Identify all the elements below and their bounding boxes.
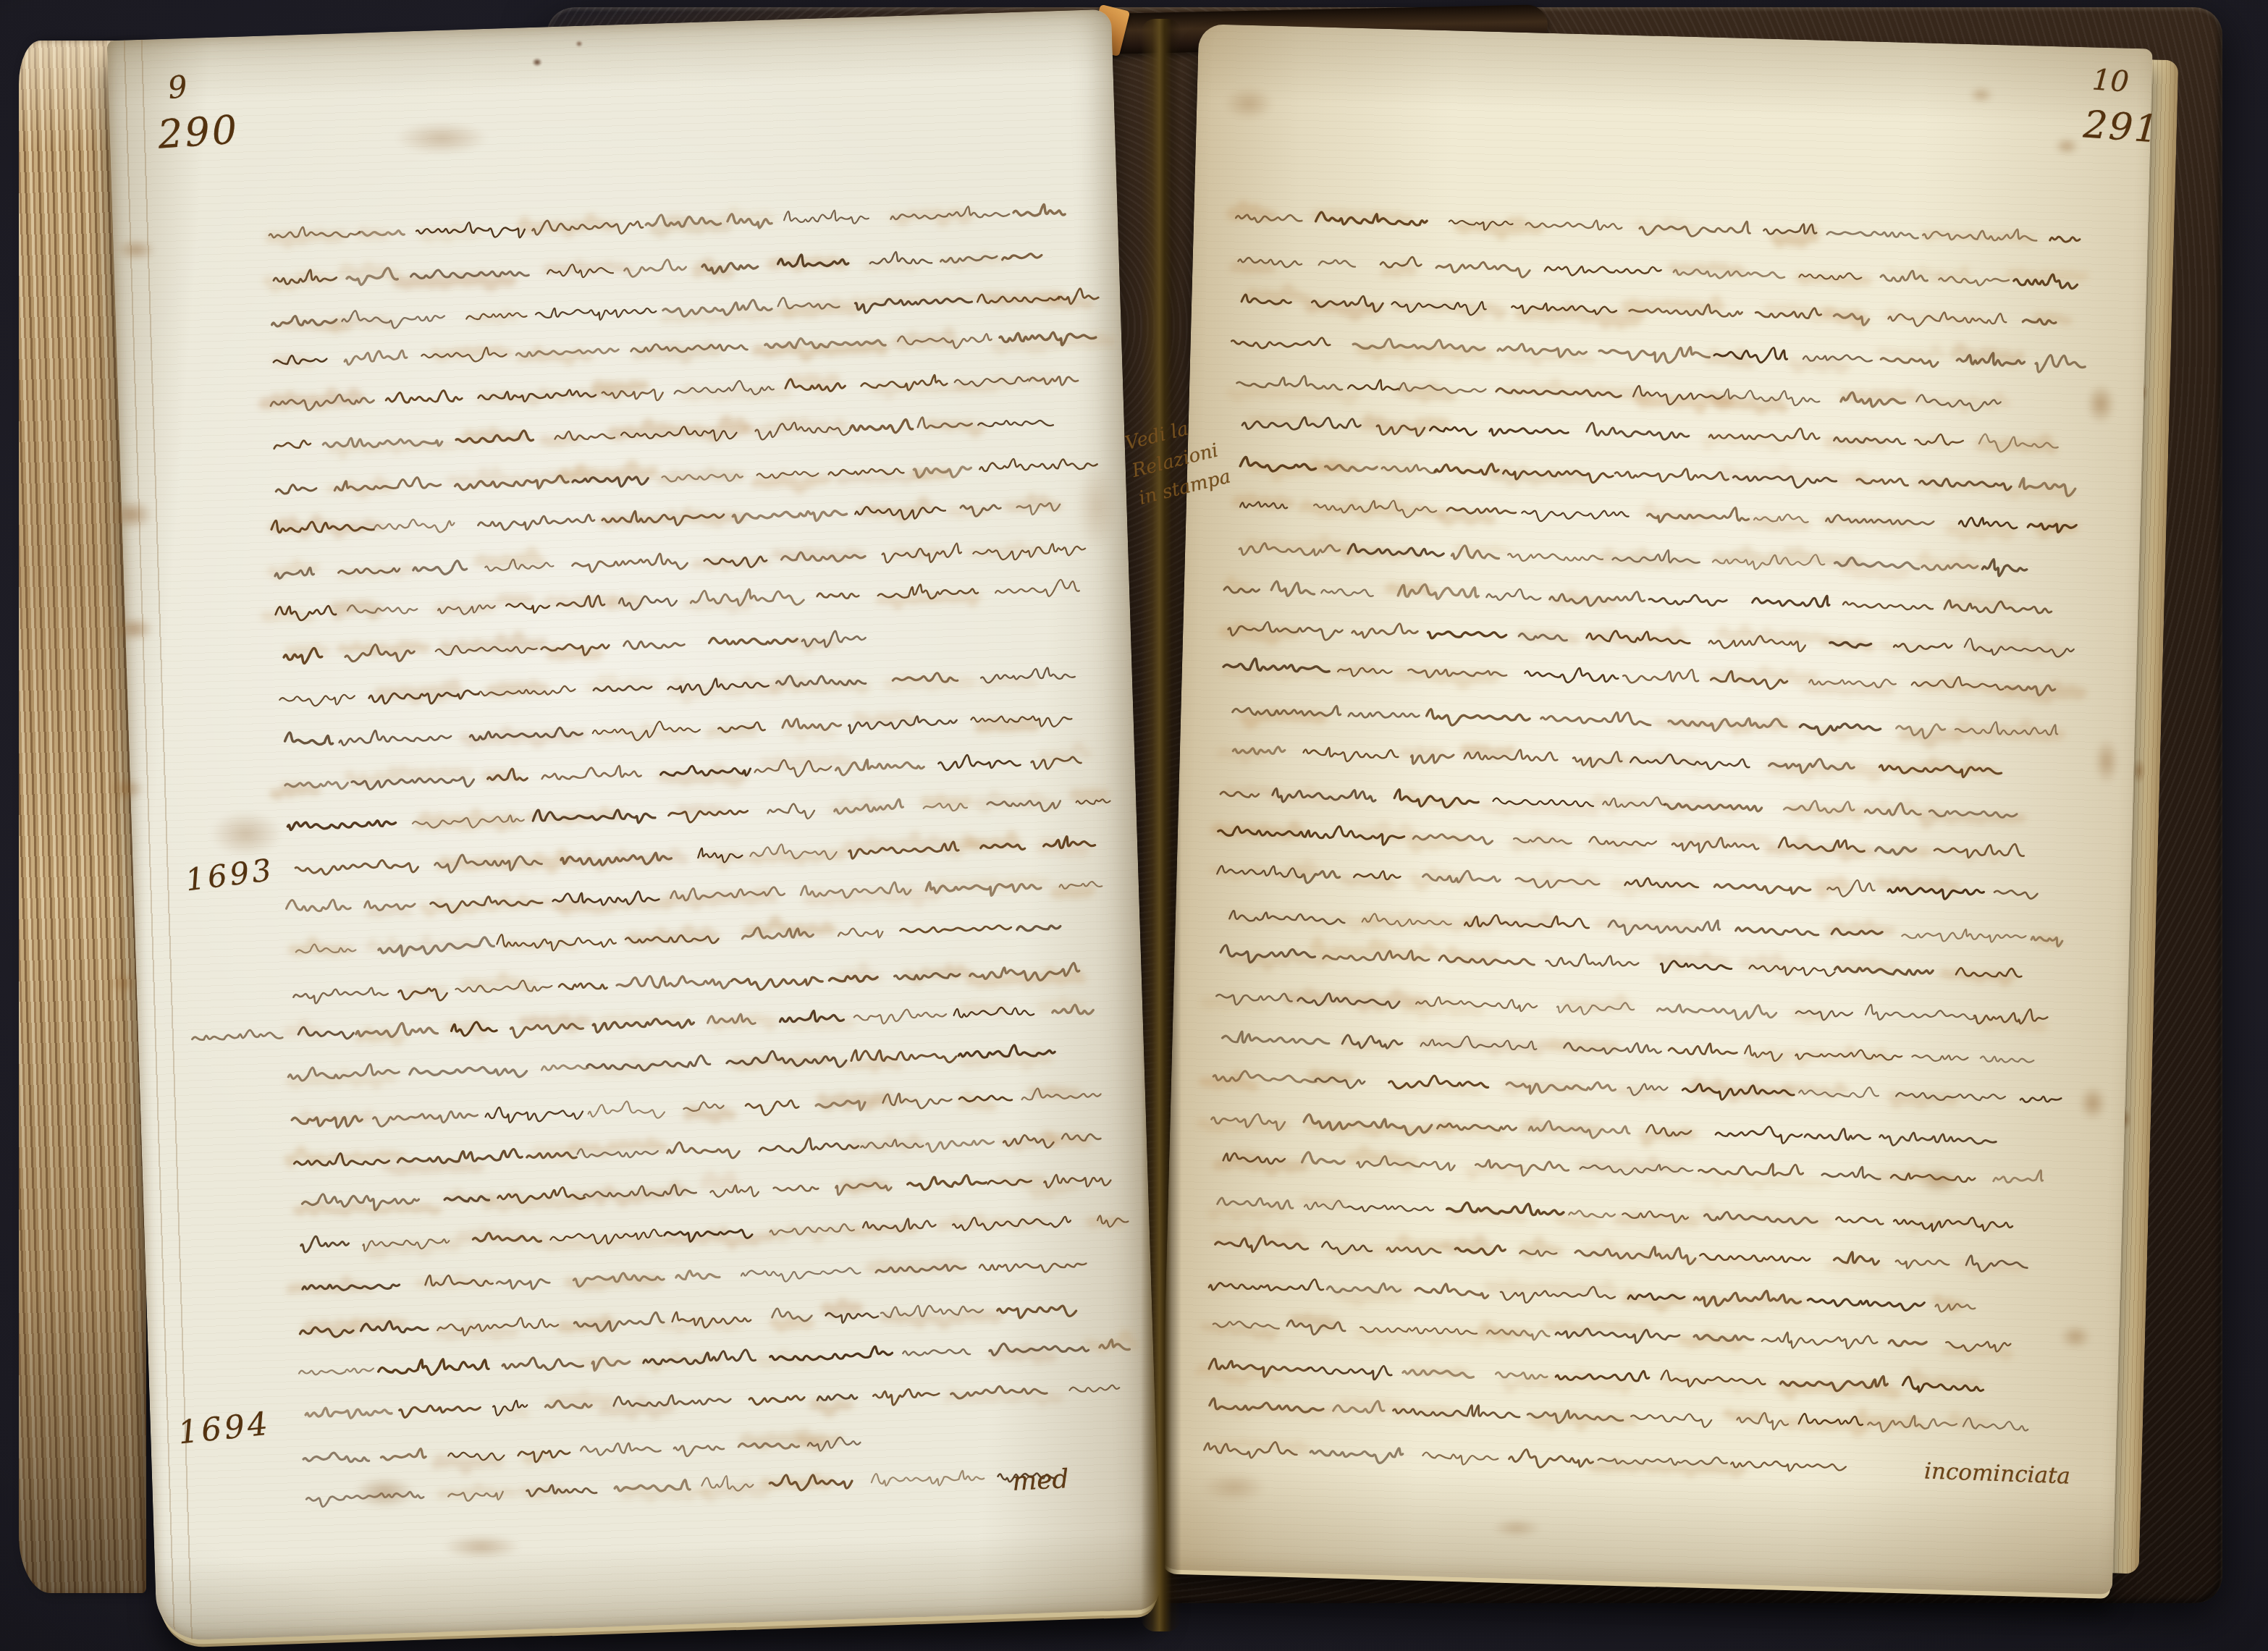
- margin-year-note-1694: 1694: [177, 1408, 272, 1449]
- gutter-shadow: [1141, 19, 1181, 1631]
- left-page-number: 290: [156, 110, 240, 155]
- right-page-number: 291: [2082, 106, 2161, 148]
- right-folio-number: 10: [2091, 65, 2130, 96]
- left-page: [107, 9, 1162, 1642]
- photograph-background: 9 290 1693 1694 med 10 291 incominciata …: [0, 0, 2268, 1651]
- left-catchword: med: [1011, 1466, 1069, 1495]
- left-folio-number: 9: [166, 72, 189, 104]
- manuscript-book: 9 290 1693 1694 med 10 291 incominciata …: [0, 0, 2268, 1651]
- right-page: [1158, 24, 2152, 1595]
- right-page-handwriting: [1158, 24, 2152, 1595]
- left-page-handwriting: [107, 9, 1162, 1642]
